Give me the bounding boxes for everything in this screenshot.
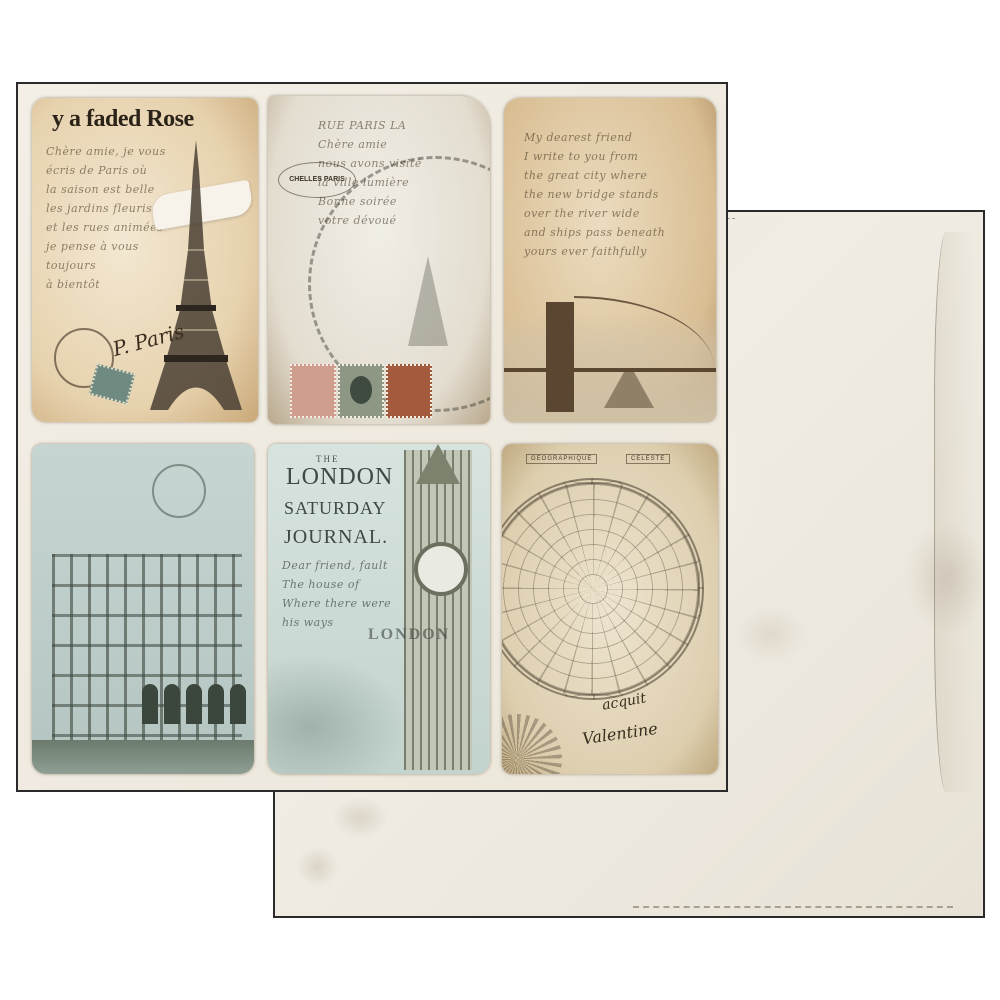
- compass-rose-icon: [502, 714, 562, 774]
- map-background: [268, 654, 408, 774]
- postage-stamps: [290, 364, 432, 418]
- masthead-line-3: JOURNAL.: [284, 526, 388, 549]
- arch: [164, 684, 180, 724]
- handwritten-letter: RUE PARIS LA Chère amie nous avons visit…: [268, 116, 490, 230]
- sailing-ship-icon: [604, 372, 654, 408]
- eiffel-sketch-icon: [408, 256, 448, 346]
- portrait-stamp: [338, 364, 384, 418]
- card-paris-stamps: CHELLES PARIS RUE PARIS LA Chère amie no…: [268, 96, 490, 424]
- arch: [186, 684, 202, 724]
- big-ben-tower-icon: [404, 450, 472, 770]
- bridge-scene: [504, 312, 716, 422]
- masthead-line-1: LONDON: [286, 464, 393, 491]
- handwritten-letter: My dearest friend I write to you from th…: [504, 128, 716, 261]
- palazzo-arches: [142, 684, 246, 724]
- card-polar-map: GEOGRAPHIQUE CELESTE acquit Valentine: [502, 444, 718, 774]
- signature: Valentine: [581, 719, 659, 748]
- postmark-stamp: [152, 464, 206, 518]
- big-ben-spire: [416, 444, 460, 484]
- card-brooklyn-bridge: My dearest friend I write to you from th…: [504, 98, 716, 422]
- brown-stamp: [386, 364, 432, 418]
- bridge-tower-icon: [546, 302, 574, 412]
- card-paris-eiffel: y a faded Rose Chère amie, je vous écris…: [32, 98, 258, 422]
- map-header-right: CELESTE: [626, 454, 670, 464]
- clock-face-icon: [414, 542, 468, 596]
- masthead-line-2: SATURDAY: [284, 498, 386, 519]
- arch: [208, 684, 224, 724]
- eiffel-tower-icon: [146, 140, 246, 410]
- arch: [230, 684, 246, 724]
- bridge-cable: [574, 296, 714, 368]
- torn-edge-bottom: [633, 902, 953, 908]
- canal-water: [32, 740, 254, 774]
- front-sheet-paper: y a faded Rose Chère amie, je vous écris…: [16, 82, 728, 792]
- overlay-text: LONDON: [368, 626, 450, 644]
- polar-globe-icon: [502, 478, 704, 700]
- arch: [142, 684, 158, 724]
- masthead-the: THE: [316, 454, 340, 464]
- pink-stamp: [290, 364, 336, 418]
- map-header-left: GEOGRAPHIQUE: [526, 454, 597, 464]
- card-london-journal: THE LONDON SATURDAY JOURNAL. Dear friend…: [268, 444, 490, 774]
- card-title: y a faded Rose: [52, 106, 194, 133]
- stained-edge-right: [934, 232, 975, 792]
- card-venice-palazzo: [32, 444, 254, 774]
- postage-stamp: [89, 363, 136, 404]
